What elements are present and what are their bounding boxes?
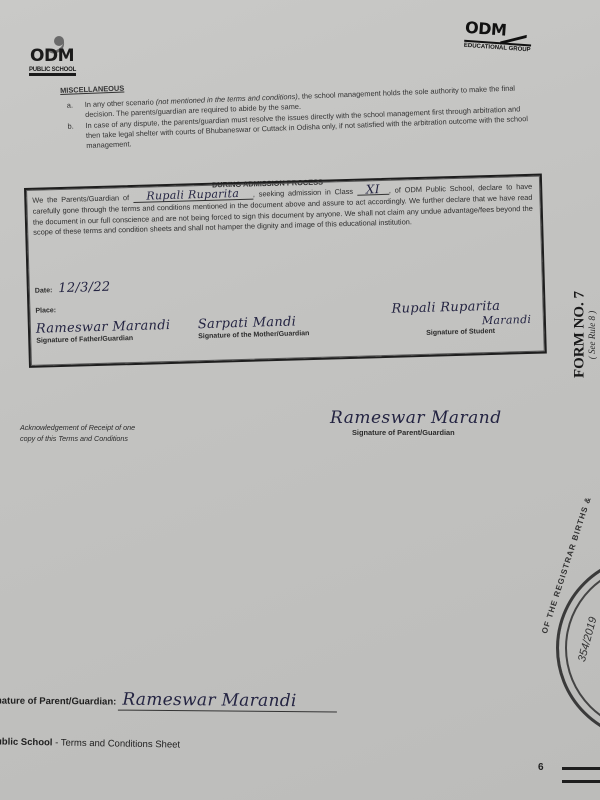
place-row: Place: [35,305,56,315]
footer-document-title: ublic School - Terms and Conditions Shee… [0,736,180,750]
logo-left-subtitle: PUBLIC SCHOOL [29,67,76,76]
student-signature-label: Signature of Student [426,327,532,337]
form-rule-reference: ( See Rule 8 ) [587,295,597,375]
father-signature-block: Rameswar Marandi Signature of Father/Gua… [36,318,171,345]
mother-signature[interactable]: Sarpati Mandi [198,314,310,332]
group-logo-right: ODM EDUCATIONAL GROUP [462,18,529,72]
footer-school-name: ublic School [0,736,53,748]
acknowledgement-signature-block: Rameswar Marand Signature of Parent/Guar… [330,408,502,437]
logo-left-name: ODM [30,46,74,66]
footer-rule-line [562,780,600,783]
ack-line1: Acknowledgement of Receipt of one [20,422,135,433]
place-label: Place: [35,307,56,315]
document-page: ODM PUBLIC SCHOOL ODM EDUCATIONAL GROUP … [0,0,600,800]
declaration-text: We the Parents/Guardian of Rupali Rupari… [32,180,533,239]
footer-sheet-title: - Terms and Conditions Sheet [52,737,180,750]
declaration-part2: , seeking admission in Class [253,187,357,199]
logo-right-subtitle: EDUCATIONAL GROUP [464,40,531,54]
date-row: Date: 12/3/22 [35,280,111,297]
page-number: 6 [538,762,544,773]
class-field[interactable]: XI [357,184,389,196]
admission-declaration-box: We the Parents/Guardian of Rupali Rupari… [24,174,547,368]
student-signature-line2: Marandi [482,313,532,327]
date-label: Date: [35,287,53,294]
ack-line2: copy of this Terms and Conditions [20,433,135,444]
mother-signature-block: Sarpati Mandi Signature of the Mother/Gu… [198,314,310,340]
footer-signature-label: nature of Parent/Guardian: [0,696,116,708]
footer-rule-line [562,767,600,770]
acknowledgement-text: Acknowledgement of Receipt of one copy o… [20,422,135,444]
miscellaneous-section: MISCELLANEOUS a. In any other scenario (… [60,68,532,152]
declaration-part1: We the Parents/Guardian of [32,193,133,205]
clause-mark: a. [67,101,78,122]
footer-signature[interactable]: Rameswar Marandi [118,690,337,713]
form-number: FORM NO. 7 [572,275,589,395]
student-signature-block: Rupali Ruparita Marandi Signature of Stu… [391,298,531,338]
date-field[interactable]: 12/3/22 [58,280,111,296]
footer-signature-row: nature of Parent/Guardian:Rameswar Maran… [0,689,337,712]
ack-signature-label: Signature of Parent/Guardian [352,428,502,437]
school-logo-left: ODM PUBLIC SCHOOL [28,36,78,80]
ack-signature[interactable]: Rameswar Marand [330,408,502,428]
clause-mark: b. [67,121,78,152]
